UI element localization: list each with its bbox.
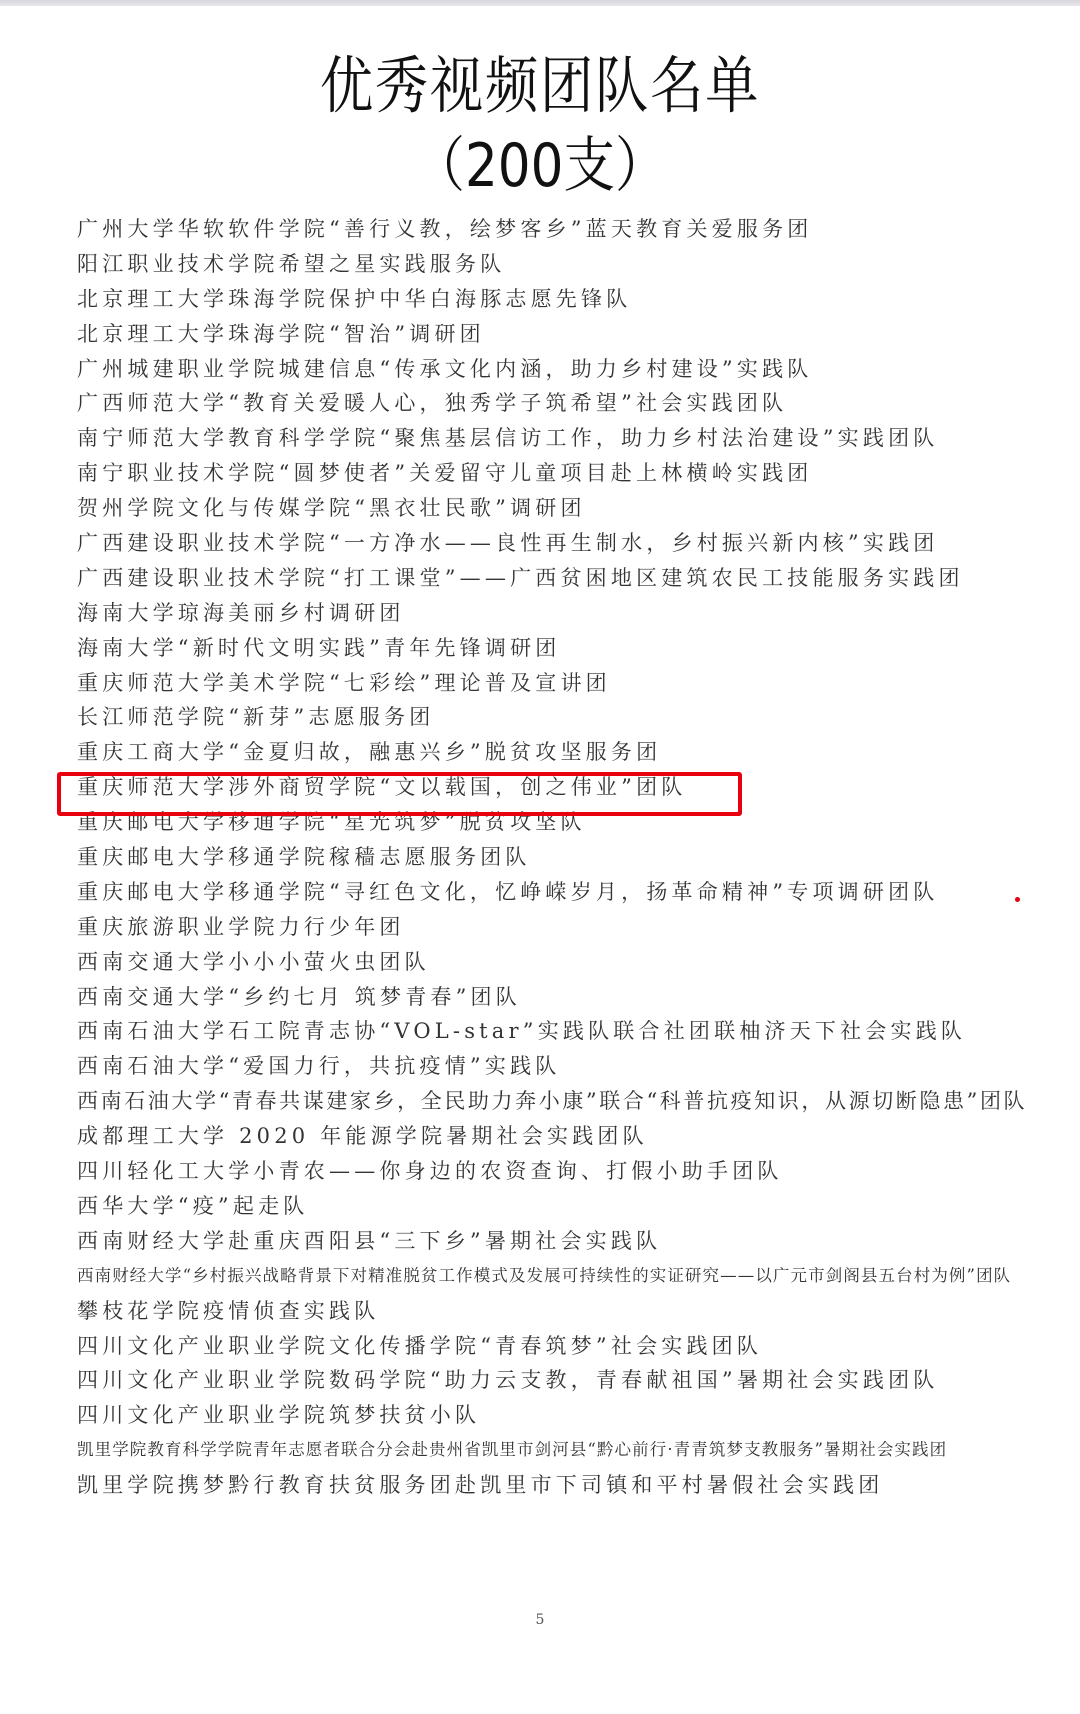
page-subtitle: （200支） — [76, 118, 1005, 204]
list-item: 西南石油大学石工院青志协“VOL-star”实践队联合社团联柚济天下社会实践队 — [77, 1014, 1027, 1049]
list-item: 海南大学“新时代文明实践”青年先锋调研团 — [77, 631, 1027, 666]
list-item: 四川轻化工大学小青农——你身边的农资查询、打假小助手团队 — [77, 1154, 1027, 1189]
list-item: 广西建设职业技术学院“一方净水——良性再生制水，乡村振兴新内核”实践团 — [77, 526, 1027, 561]
list-item: 重庆邮电大学移通学院稼穑志愿服务团队 — [77, 840, 1027, 875]
list-item: 西南财经大学赴重庆酉阳县“三下乡”暑期社会实践队 — [77, 1224, 1027, 1259]
list-item: 攀枝花学院疫情侦查实践队 — [77, 1294, 1027, 1329]
list-item: 长江师范学院“新芽”志愿服务团 — [77, 700, 1027, 735]
list-item: 西南交通大学小小小萤火虫团队 — [77, 945, 1027, 980]
list-item: 北京理工大学珠海学院保护中华白海豚志愿先锋队 — [77, 282, 1027, 317]
list-item: 北京理工大学珠海学院“智治”调研团 — [77, 317, 1027, 352]
list-item: 贺州学院文化与传媒学院“黑衣壮民歌”调研团 — [77, 491, 1027, 526]
red-dot-annotation — [1015, 897, 1020, 902]
list-item: 重庆师范大学美术学院“七彩绘”理论普及宣讲团 — [77, 666, 1027, 701]
list-item: 西南石油大学“青春共谋建家乡，全民助力奔小康”联合“科普抗疫知识，从源切断隐患”… — [77, 1084, 1027, 1119]
list-item: 广州城建职业学院城建信息“传承文化内涵，助力乡村建设”实践队 — [77, 352, 1027, 387]
list-item: 四川文化产业职业学院数码学院“助力云支教，青春献祖国”暑期社会实践团队 — [77, 1363, 1027, 1398]
list-item: 广西建设职业技术学院“打工课堂”——广西贫困地区建筑农民工技能服务实践团 — [77, 561, 1027, 596]
viewer-top-bar — [0, 0, 1080, 6]
list-item: 广西师范大学“教育关爱暖人心，独秀学子筑希望”社会实践团队 — [77, 386, 1027, 421]
list-item: 西南财经大学“乡村振兴战略背景下对精准脱贫工作模式及发展可持续性的实证研究——以… — [77, 1259, 1027, 1294]
list-item: 凯里学院教育科学学院青年志愿者联合分会赴贵州省凯里市剑河县“黔心前行·青青筑梦支… — [77, 1433, 1027, 1468]
page-title: 优秀视频团队名单 — [76, 36, 1005, 125]
list-item: 四川文化产业职业学院文化传播学院“青春筑梦”社会实践团队 — [77, 1329, 1027, 1364]
list-item: 西南交通大学“乡约七月 筑梦青春”团队 — [77, 980, 1027, 1015]
list-item: 重庆邮电大学移通学院“寻红色文化，忆峥嵘岁月，扬革命精神”专项调研团队 — [77, 875, 1027, 910]
list-item: 南宁职业技术学院“圆梦使者”关爱留守儿童项目赴上林横岭实践团 — [77, 456, 1027, 491]
list-item: 广州大学华软软件学院“善行义教，绘梦客乡”蓝天教育关爱服务团 — [77, 212, 1027, 247]
list-item: 四川文化产业职业学院筑梦扶贫小队 — [77, 1398, 1027, 1433]
list-item: 成都理工大学 2020 年能源学院暑期社会实践团队 — [77, 1119, 1027, 1154]
highlight-annotation-box — [57, 772, 742, 816]
list-item: 凯里学院携梦黔行教育扶贫服务团赴凯里市下司镇和平村暑假社会实践团 — [77, 1468, 1027, 1503]
team-list: 广州大学华软软件学院“善行义教，绘梦客乡”蓝天教育关爱服务团 阳江职业技术学院希… — [77, 212, 1027, 1503]
list-item: 阳江职业技术学院希望之星实践服务队 — [77, 247, 1027, 282]
list-item: 西华大学“疫”起走队 — [77, 1189, 1027, 1224]
list-item: 海南大学琼海美丽乡村调研团 — [77, 596, 1027, 631]
list-item: 西南石油大学“爱国力行，共抗疫情”实践队 — [77, 1049, 1027, 1084]
list-item: 重庆工商大学“金夏归故，融惠兴乡”脱贫攻坚服务团 — [77, 735, 1027, 770]
list-item: 重庆旅游职业学院力行少年团 — [77, 910, 1027, 945]
page-number: 5 — [0, 1612, 1080, 1628]
list-item: 南宁师范大学教育科学学院“聚焦基层信访工作，助力乡村法治建设”实践团队 — [77, 421, 1027, 456]
